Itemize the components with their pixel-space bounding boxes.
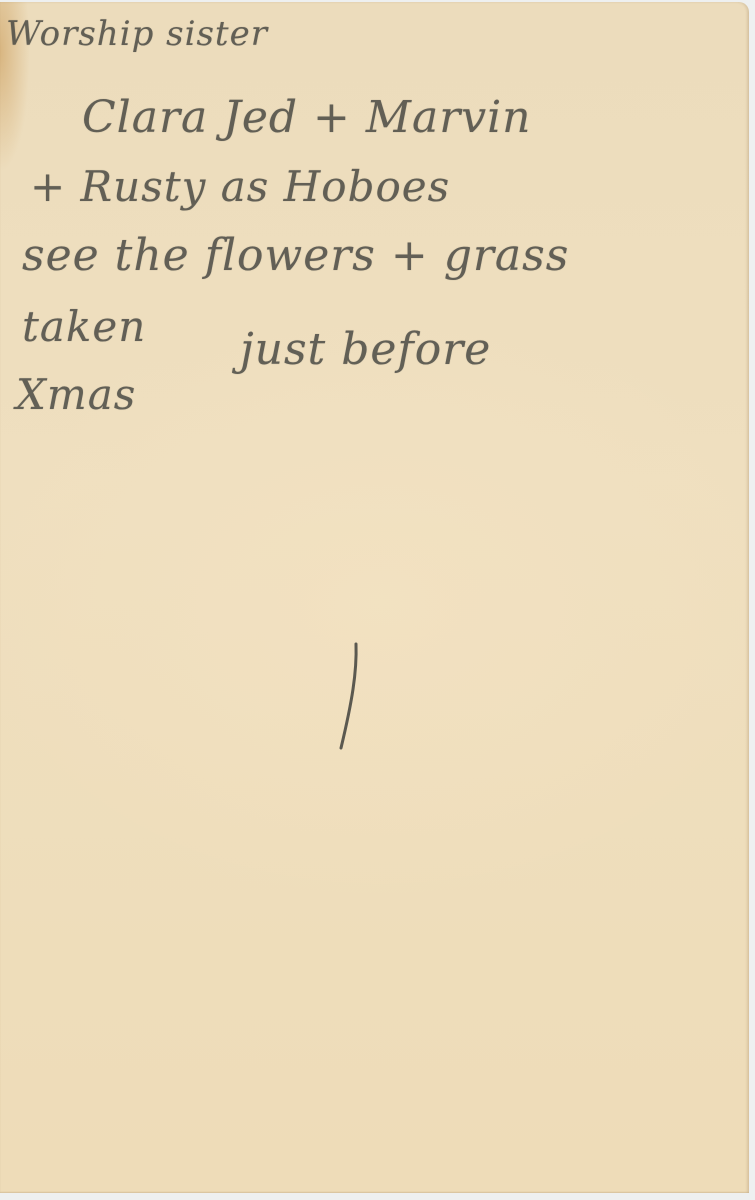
inscription-line-3: + Rusty as Hoboes: [30, 162, 450, 211]
pencil-stroke-mark: [336, 642, 366, 752]
inscription-line-2: Clara Jed + Marvin: [82, 92, 532, 143]
inscription-line-4: see the flowers + grass: [22, 230, 569, 281]
inscription-line-5-taken: taken: [22, 302, 146, 351]
photo-card-back: Worship sister Clara Jed + Marvin + Rust…: [0, 2, 749, 1193]
scan-background: Worship sister Clara Jed + Marvin + Rust…: [0, 0, 755, 1200]
inscription-line-1: Worship sister: [6, 14, 268, 54]
inscription-line-6: Xmas: [16, 370, 136, 419]
inscription-line-5-just-before: just before: [240, 324, 491, 375]
